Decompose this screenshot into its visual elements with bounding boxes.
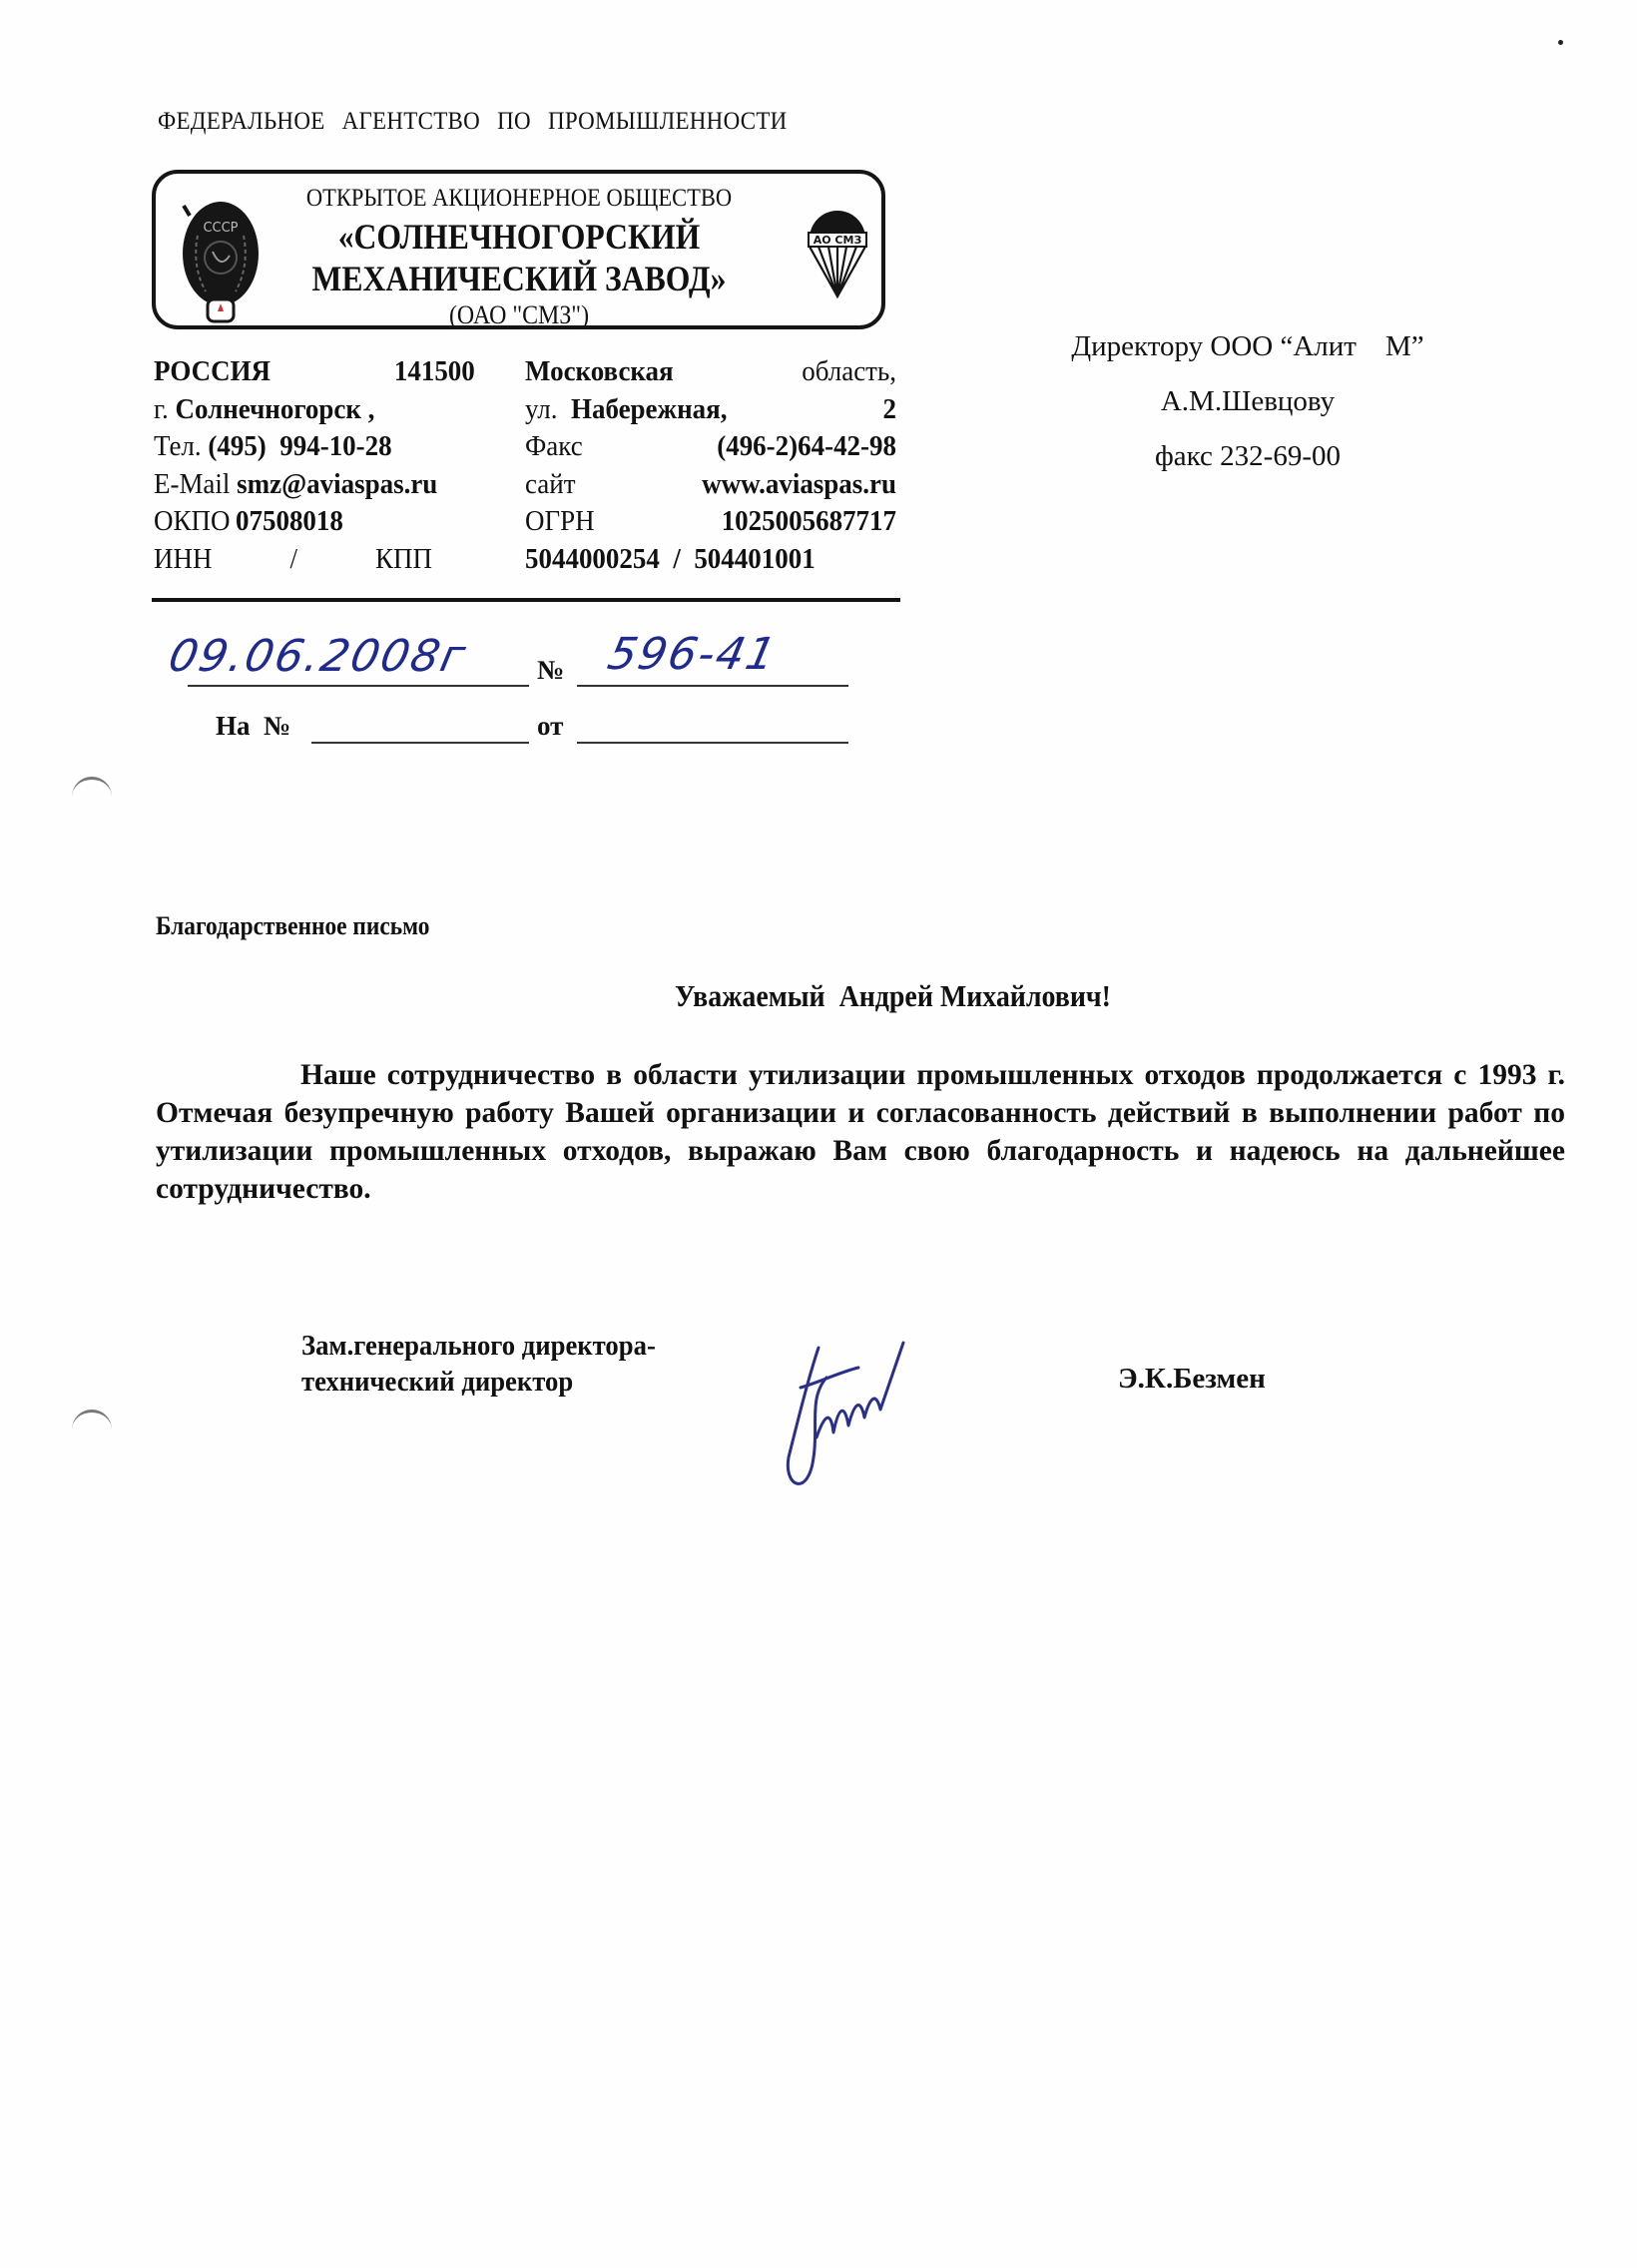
punch-hole-mark: [72, 777, 112, 800]
number-underline: [577, 685, 848, 687]
country-postcode-row: РОССИЯ 141500: [154, 353, 506, 391]
punch-hole-mark: [72, 1410, 112, 1432]
region: Московская: [525, 353, 674, 391]
letter-body: Наше сотрудничество в области утилизации…: [156, 1056, 1565, 1208]
svg-text:СССР: СССР: [203, 221, 238, 236]
fax-number: (496-2)64-42-98: [717, 428, 896, 466]
site-url: www.aviaspas.ru: [702, 466, 896, 504]
okpo-label: ОКПО: [154, 505, 230, 537]
region-row: Московская область,: [525, 353, 896, 391]
phone-number: (495) 994-10-28: [208, 430, 391, 462]
organization-type: ОТКРЫТОЕ АКЦИОНЕРНОЕ ОБЩЕСТВО: [285, 186, 753, 211]
addressee-block: Директору ООО “Алит М” А.М.Шевцову факс …: [998, 319, 1497, 484]
parachute-logo-icon: АО СМЗ: [807, 205, 868, 300]
site-label: сайт: [525, 466, 575, 504]
handwritten-signature-icon: [779, 1338, 1008, 1497]
signer-name: Э.К.Безмен: [1118, 1363, 1266, 1396]
reply-to-number-label: На №: [216, 711, 290, 742]
ogrn-row: ОГРН 1025005687717: [525, 503, 896, 541]
letter-subject: Благодарственное письмо: [156, 911, 429, 941]
email-label: E-Mail: [154, 468, 230, 500]
phone-label: Тел.: [154, 430, 202, 462]
requisites-right: Московская область, ул. Набережная, 2 Фа…: [525, 353, 896, 578]
addressee-fax: факс 232-69-00: [998, 429, 1497, 484]
ogrn-value: 1025005687717: [722, 503, 896, 541]
agency-title: ФЕДЕРАЛЬНОЕ АГЕНТСТВО ПО ПРОМЫШЛЕННОСТИ: [158, 108, 788, 136]
email-row: E-Mail smz@aviaspas.ru: [154, 466, 506, 504]
date-underline: [188, 685, 529, 687]
inn-kpp-values-row: 5044000254 / 504401001: [525, 541, 896, 579]
addressee-name: А.М.Шевцову: [998, 374, 1497, 429]
reply-from-label: от: [537, 711, 563, 742]
svg-text:АО СМЗ: АО СМЗ: [814, 234, 862, 247]
fax-row: Факс (496-2)64-42-98: [525, 428, 896, 466]
phone-row: Тел. (495) 994-10-28: [154, 428, 506, 466]
signer-position: Зам.генерального директора- технический …: [301, 1328, 656, 1400]
okpo-value: 07508018: [236, 505, 343, 537]
order-emblem-icon: СССР: [180, 196, 262, 325]
email-address: smz@aviaspas.ru: [237, 468, 437, 500]
letterhead-divider: [152, 598, 900, 602]
requisites-left: РОССИЯ 141500 г. Солнечногорск , Тел. (4…: [154, 353, 506, 578]
number-label: №: [537, 655, 564, 686]
house-number: 2: [883, 391, 896, 429]
organization-name-line2: МЕХАНИЧЕСКИЙ ЗАВОД»: [290, 261, 748, 296]
inn-kpp-label-row: ИНН / КПП: [154, 541, 432, 579]
reply-from-date-field: [577, 742, 848, 744]
city: Солнечногорск ,: [176, 393, 375, 425]
scan-speck: [1558, 40, 1563, 45]
outgoing-date: 09.06.2008г: [165, 631, 472, 682]
organization-name-line1: «СОЛНЕЧНОГОРСКИЙ: [290, 219, 748, 255]
inn-kpp-values: 5044000254 / 504401001: [525, 543, 816, 575]
street: Набережная,: [571, 393, 727, 425]
reply-to-number-field: [311, 742, 529, 744]
postcode: 141500: [394, 353, 475, 391]
slash: /: [289, 541, 296, 579]
kpp-label: КПП: [375, 541, 432, 579]
inn-label: ИНН: [154, 541, 212, 579]
addressee-line1: Директору ООО “Алит М”: [998, 319, 1497, 374]
organization-short-name: (ОАО "СМЗ"): [280, 302, 758, 328]
letter-greeting: Уважаемый Андрей Михайлович!: [675, 978, 1111, 1014]
site-row: сайт www.aviaspas.ru: [525, 466, 896, 504]
outgoing-number: 596-41: [604, 629, 783, 680]
fax-label: Факс: [525, 428, 583, 466]
city-row: г. Солнечногорск ,: [154, 391, 506, 429]
street-row: ул. Набережная, 2: [525, 391, 896, 429]
country: РОССИЯ: [154, 353, 271, 391]
ogrn-label: ОГРН: [525, 503, 595, 541]
organization-name-block: ОТКРЫТОЕ АКЦИОНЕРНОЕ ОБЩЕСТВО «СОЛНЕЧНОГ…: [260, 186, 779, 328]
okpo-row: ОКПО07508018: [154, 503, 506, 541]
region-suffix: область,: [802, 353, 896, 391]
